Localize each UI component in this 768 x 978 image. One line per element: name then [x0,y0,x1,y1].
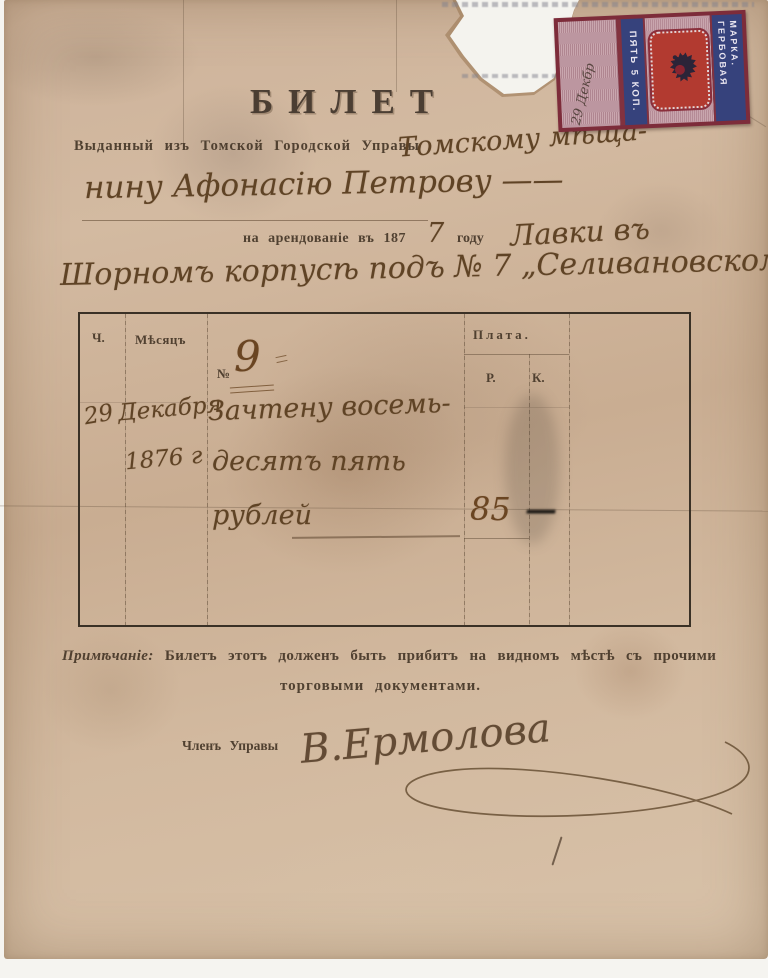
note-line: Примѣчаніе: Билетъ этотъ долженъ быть пр… [62,648,716,665]
double-eagle-icon [661,47,699,93]
stamp-engraved-ground: 29 Декбр [558,20,621,128]
document-title: БИЛЕТ [250,82,448,122]
table-column-line [569,314,570,625]
stamp-value-text: ПЯТЬ 5 КОП. [627,31,642,113]
payment-header: Плата. [473,327,531,343]
scanned-document: БИЛЕТ Выданный изъ Томской Городской Упр… [0,0,768,978]
note-label: Примѣчаніе: [62,648,154,664]
payment-table: Ч. Мѣсяцъ № 9 Плата. Р. К. 29 Декабря 18… [78,312,691,627]
entry-text-handwriting: рублей [212,500,312,531]
rubles-column-header: Р. [486,370,496,386]
day-column-header: Ч. [92,330,105,346]
note-body: Билетъ этотъ долженъ быть прибитъ на вид… [165,648,716,664]
stamp-center-field [645,15,715,124]
entry-year-handwriting: 1876 г [124,443,203,476]
entry-rubles-handwriting: 85 [470,490,511,528]
number-label: № [217,366,230,382]
table-column-line [207,314,208,625]
crease-line [183,0,184,150]
lease-printed-prefix: на арендованіе въ 187 [243,231,406,247]
lease-printed-suffix: году [457,231,484,247]
stamp-eagle-panel [649,30,710,110]
handwritten-dash-line [292,535,460,538]
stamp-agency-line2: МАРКА. [728,20,742,120]
month-column-header: Мѣсяцъ [135,332,186,348]
signature-block: В.Ермолова [270,692,768,842]
stamp-value-band: ПЯТЬ 5 КОП. [616,18,650,125]
stamp-agency-band: ГЕРБОВАЯ МАРКА. [710,14,747,121]
number-underline [230,384,274,393]
revenue-stamp: 29 Декбр ПЯТЬ 5 КОП. ГЕРБОВАЯ МАРКА. [554,10,751,132]
entry-text-handwriting: Зачтену восемь- [208,388,452,427]
stamp-cancellation-handwriting: 29 Декбр [569,62,598,127]
entry-kopecks-handwriting: — [525,490,555,528]
issued-by-line: Выданный изъ Томской Городской Управы [74,138,420,155]
kopecks-column-header: К. [532,370,545,386]
entry-day-handwriting: 29 [82,400,115,431]
pen-ticks [275,355,287,363]
fill-in-rule [82,220,428,221]
showthrough-text [462,74,558,78]
crease-line [396,0,397,92]
entry-text-handwriting: десятъ пять [212,446,406,477]
number-handwriting: 9 [234,332,261,381]
table-column-line [464,314,465,625]
official-title: Членъ Управы [182,738,278,754]
lease-year-handwriting: 7 [427,218,444,249]
showthrough-text [442,2,754,7]
table-row-line [464,354,569,355]
table-row-line [464,538,529,539]
